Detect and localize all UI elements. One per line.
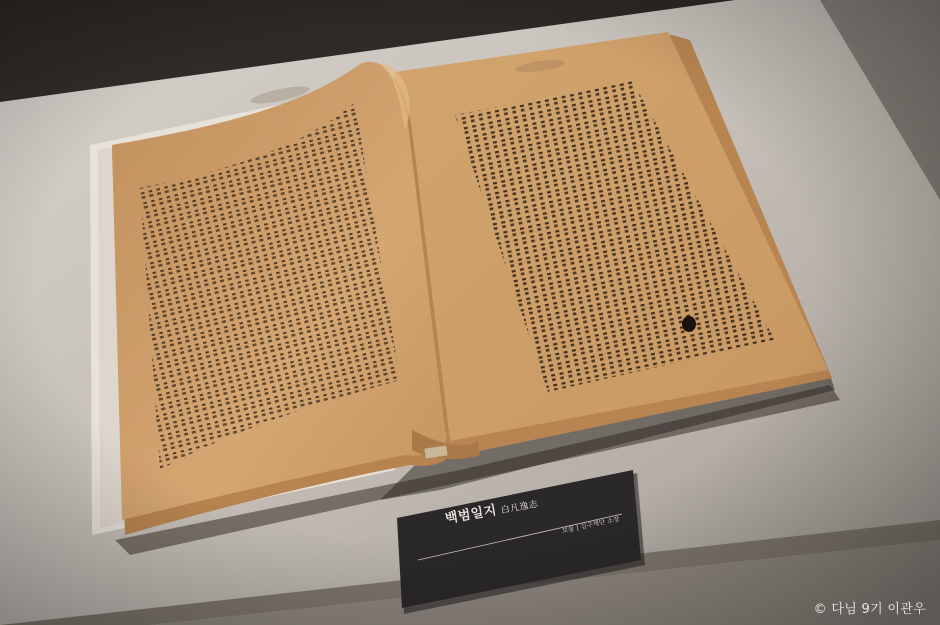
display-case <box>0 0 940 625</box>
museum-display-photo: 백범일지白凡逸志 보물 | 김구재단 소장 © 다님 9기 이관우 <box>0 0 940 625</box>
photo-credit-watermark: © 다님 9기 이관우 <box>814 598 926 617</box>
